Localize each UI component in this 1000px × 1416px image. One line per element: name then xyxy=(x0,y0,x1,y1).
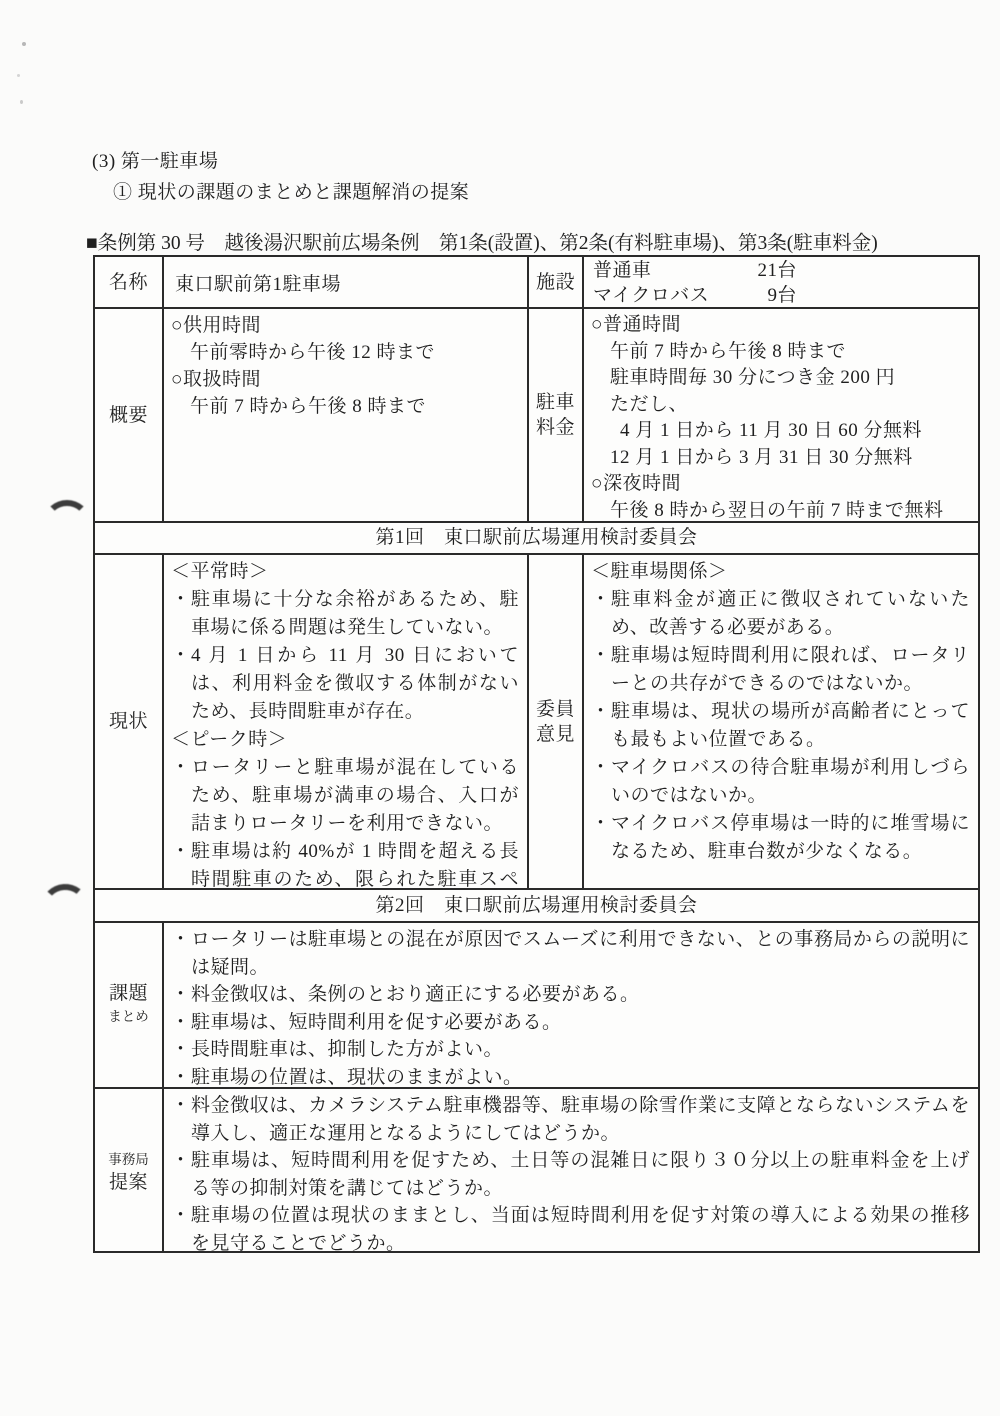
bullet-marker: ・ xyxy=(591,698,611,754)
status-bullet-item: ・ ロータリーと駐車場が混在しているため、駐車場が満車の場合、入口が詰まりロータ… xyxy=(171,754,519,838)
overview-cell: ○供用時間 午前零時から午後 12 時まで ○取扱時間 午前 7 時から午後 8… xyxy=(164,309,529,523)
opinion-bullet-item: ・ マイクロバス停車場は一時的に堆雪場になるため、駐車台数が少なくなる。 xyxy=(591,810,970,866)
status-bullet-item: ・ 駐車場に十分な余裕があるため、駐車場に係る問題は発生していない。 xyxy=(171,586,519,642)
facility-cell: 普通車 21台 マイクロバス 9台 xyxy=(584,257,978,309)
bullet-marker: ・ xyxy=(171,1009,191,1037)
opinion-heading: ＜駐車場関係＞ xyxy=(591,558,970,586)
facility-line: マイクロバス 9台 xyxy=(593,283,970,308)
facility-label: 施設 xyxy=(529,257,584,309)
bullet-marker: ・ xyxy=(171,586,191,642)
fee-line: 午前 7 時から午後 8 時まで xyxy=(591,339,970,366)
parking-lot-summary-table: 名称 東口駅前第1駐車場 施設 普通車 21台 マイクロバス 9台 概要 ○供用… xyxy=(93,255,980,1253)
bullet-text: 駐車場は、短時間利用を促すため、土日等の混雑日に限り３０分以上の駐車料金を上げる… xyxy=(191,1147,970,1202)
status-bullet-item: ・ 駐車場は約 40%が 1 時間を超える長時間駐車のため、限られた駐車スペース… xyxy=(171,838,519,890)
status-heading: ＜平常時＞ xyxy=(171,558,519,586)
opinion-cell: ＜駐車場関係＞ ・ 駐車料金が適正に徴収されていないため、改善する必要がある。 … xyxy=(584,555,978,890)
ordinance-reference-line: ■条例第 30 号 越後湯沢駅前広場条例 第1条(設置)、第2条(有料駐車場)、… xyxy=(86,227,878,255)
bullet-text: 駐車料金が適正に徴収されていないため、改善する必要がある。 xyxy=(611,586,970,642)
bullet-marker: ・ xyxy=(171,1202,191,1253)
overview-line: ○取扱時間 xyxy=(171,366,519,393)
scan-speck xyxy=(22,42,26,46)
bullet-text: 長時間駐車は、抑制した方がよい。 xyxy=(191,1036,970,1064)
scan-speck xyxy=(17,74,20,77)
bullet-text: マイクロバスの待合駐車場が利用しづらいのではないか。 xyxy=(611,754,970,810)
issues-label-sub: まとめ xyxy=(108,1005,149,1028)
issue-bullet-item: ・ ロータリーは駐車場との混在が原因でスムーズに利用できない、との事務局からの説… xyxy=(171,926,970,981)
bullet-marker: ・ xyxy=(171,981,191,1009)
fee-line: ○普通時間 xyxy=(591,312,970,339)
opinion-bullet-item: ・ 駐車場は短時間利用に限れば、ロータリーとの共存ができるのではないか。 xyxy=(591,642,970,698)
issues-label-main: 課題 xyxy=(109,982,148,1005)
overview-line: 午前 7 時から午後 8 時まで xyxy=(171,393,519,420)
fee-line: 4 月 1 日から 11 月 30 日 60 分無料 xyxy=(591,418,970,445)
bullet-text: 料金徴収は、カメラシステム駐車機器等、駐車場の除雪作業に支障とならないシステムを… xyxy=(191,1092,970,1147)
bullet-marker: ・ xyxy=(591,754,611,810)
bullet-marker: ・ xyxy=(171,642,191,726)
fee-line: 12 月 1 日から 3 月 31 日 30 分無料 xyxy=(591,445,970,472)
name-value: 東口駅前第1駐車場 xyxy=(164,257,529,309)
scan-speck xyxy=(20,100,23,104)
bullet-text: 駐車場は約 40%が 1 時間を超える長時間駐車のため、限られた駐車スペースが有… xyxy=(191,838,519,890)
bullet-text: ロータリーは駐車場との混在が原因でスムーズに利用できない、との事務局からの説明に… xyxy=(191,926,970,981)
issue-bullet-item: ・ 駐車場の位置は、現状のままがよい。 xyxy=(171,1064,970,1090)
bullet-text: 駐車場は、短時間利用を促す必要がある。 xyxy=(191,1009,970,1037)
proposal-bullet-item: ・ 駐車場の位置は現状のままとし、当面は短時間利用を促す対策の導入による効果の推… xyxy=(171,1202,970,1253)
bullet-text: ロータリーと駐車場が混在しているため、駐車場が満車の場合、入口が詰まりロータリー… xyxy=(191,754,519,838)
bullet-text: 駐車場の位置は、現状のままがよい。 xyxy=(191,1064,970,1090)
punch-hole-artifact xyxy=(41,882,90,927)
bullet-marker: ・ xyxy=(171,1092,191,1147)
bullet-text: マイクロバス停車場は一時的に堆雪場になるため、駐車台数が少なくなる。 xyxy=(611,810,970,866)
status-heading: ＜ピーク時＞ xyxy=(171,726,519,754)
bullet-marker: ・ xyxy=(171,754,191,838)
bullet-marker: ・ xyxy=(591,586,611,642)
bullet-marker: ・ xyxy=(171,1036,191,1064)
proposal-label: 事務局 提案 xyxy=(95,1089,164,1253)
bullet-marker: ・ xyxy=(171,1064,191,1090)
proposal-bullet-item: ・ 駐車場は、短時間利用を促すため、土日等の混雑日に限り３０分以上の駐車料金を上… xyxy=(171,1147,970,1202)
bullet-text: 駐車場は、現状の場所が高齢者にとっても最もよい位置である。 xyxy=(611,698,970,754)
bullet-marker: ・ xyxy=(171,926,191,981)
current-status-cell: ＜平常時＞ ・ 駐車場に十分な余裕があるため、駐車場に係る問題は発生していない。… xyxy=(164,555,529,890)
fee-line: ただし、 xyxy=(591,392,970,419)
bullet-text: 料金徴収は、条例のとおり適正にする必要がある。 xyxy=(191,981,970,1009)
vehicle-type: マイクロバス xyxy=(593,283,741,308)
overview-line: ○供用時間 xyxy=(171,312,519,339)
opinion-bullet-item: ・ 駐車場は、現状の場所が高齢者にとっても最もよい位置である。 xyxy=(591,698,970,754)
name-label: 名称 xyxy=(95,257,164,309)
proposal-label-sub: 事務局 xyxy=(108,1148,149,1171)
bullet-text: 駐車場の位置は現状のままとし、当面は短時間利用を促す対策の導入による効果の推移を… xyxy=(191,1202,970,1253)
overview-line: 午前零時から午後 12 時まで xyxy=(171,339,519,366)
facility-line: 普通車 21台 xyxy=(593,258,970,283)
fee-line: 駐車時間毎 30 分につき金 200 円 xyxy=(591,365,970,392)
issue-bullet-item: ・ 料金徴収は、条例のとおり適正にする必要がある。 xyxy=(171,981,970,1009)
vehicle-type: 普通車 xyxy=(593,258,741,283)
issue-bullet-item: ・ 駐車場は、短時間利用を促す必要がある。 xyxy=(171,1009,970,1037)
proposal-bullet-item: ・ 料金徴収は、カメラシステム駐車機器等、駐車場の除雪作業に支障とならないシステ… xyxy=(171,1092,970,1147)
status-bullet-item: ・ 4 月 1 日から 11 月 30 日においては、利用料金を徴収する体制がな… xyxy=(171,642,519,726)
opinion-label: 委員意見 xyxy=(529,555,584,890)
proposal-label-main: 提案 xyxy=(109,1171,148,1194)
punch-hole-artifact xyxy=(44,500,90,542)
vehicle-count: 9台 xyxy=(741,283,797,308)
bullet-marker: ・ xyxy=(171,838,191,890)
fee-label: 駐車料金 xyxy=(529,309,584,523)
fee-line: 午後 8 時から翌日の午前 7 時まで無料 xyxy=(591,498,970,524)
bullet-marker: ・ xyxy=(591,642,611,698)
subsection-heading: ① 現状の課題のまとめと課題解消の提案 xyxy=(113,177,469,204)
overview-label: 概要 xyxy=(95,309,164,523)
section-heading: (3) 第一駐車場 xyxy=(92,146,218,173)
current-status-label: 現状 xyxy=(95,555,164,890)
bullet-marker: ・ xyxy=(171,1147,191,1202)
bullet-text: 4 月 1 日から 11 月 30 日においては、利用料金を徴収する体制がないた… xyxy=(191,642,519,726)
bullet-marker: ・ xyxy=(591,810,611,866)
opinion-bullet-item: ・ マイクロバスの待合駐車場が利用しづらいのではないか。 xyxy=(591,754,970,810)
vehicle-count: 21台 xyxy=(741,258,797,283)
bullet-text: 駐車場に十分な余裕があるため、駐車場に係る問題は発生していない。 xyxy=(191,586,519,642)
opinion-bullet-item: ・ 駐車料金が適正に徴収されていないため、改善する必要がある。 xyxy=(591,586,970,642)
committee-1-header: 第1回 東口駅前広場運用検討委員会 xyxy=(95,523,978,555)
issue-bullet-item: ・ 長時間駐車は、抑制した方がよい。 xyxy=(171,1036,970,1064)
issues-label: 課題 まとめ xyxy=(95,923,164,1089)
fee-line: ○深夜時間 xyxy=(591,471,970,498)
fee-cell: ○普通時間 午前 7 時から午後 8 時まで 駐車時間毎 30 分につき金 20… xyxy=(584,309,978,523)
scanned-document-page: (3) 第一駐車場 ① 現状の課題のまとめと課題解消の提案 ■条例第 30 号 … xyxy=(0,0,1000,1416)
issues-cell: ・ ロータリーは駐車場との混在が原因でスムーズに利用できない、との事務局からの説… xyxy=(164,923,978,1089)
committee-2-header: 第2回 東口駅前広場運用検討委員会 xyxy=(95,890,978,923)
proposal-cell: ・ 料金徴収は、カメラシステム駐車機器等、駐車場の除雪作業に支障とならないシステ… xyxy=(164,1089,978,1253)
bullet-text: 駐車場は短時間利用に限れば、ロータリーとの共存ができるのではないか。 xyxy=(611,642,970,698)
